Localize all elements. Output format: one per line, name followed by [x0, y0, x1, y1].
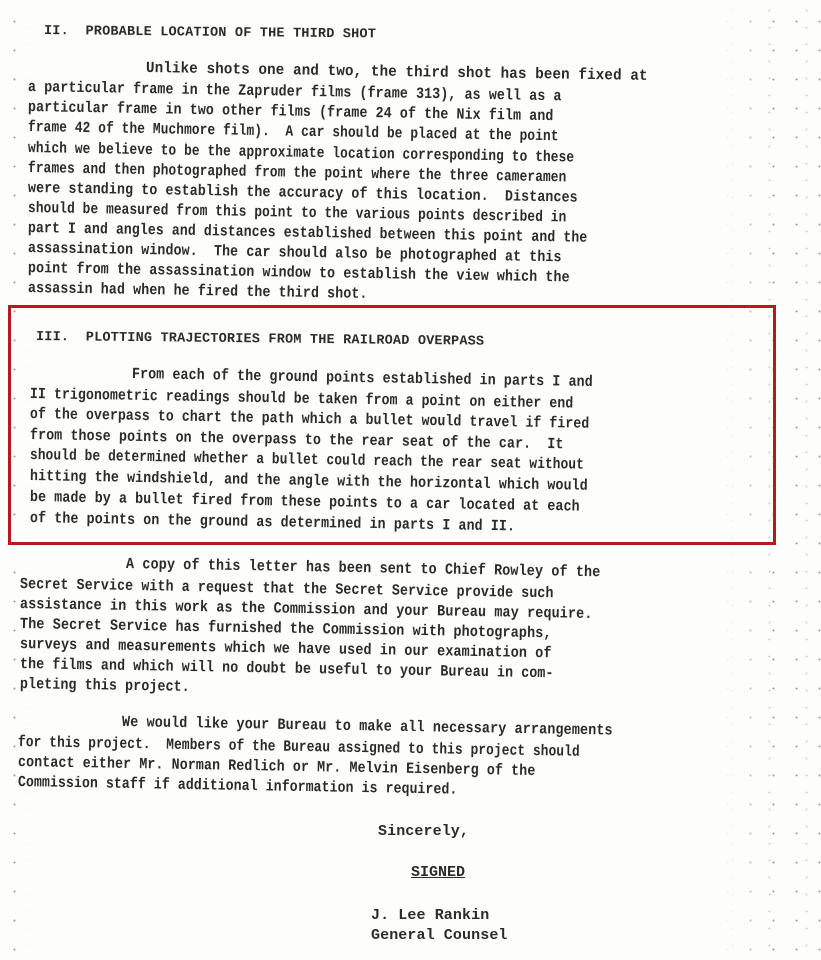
signed-stamp: SIGNED [411, 864, 465, 881]
copy-paragraph-line: pleting this project. [20, 674, 190, 697]
section-ii-heading: II. PROBABLE LOCATION OF THE THIRD SHOT [44, 22, 376, 45]
signer-title: General Counsel [371, 926, 508, 946]
letter-page: II. PROBABLE LOCATION OF THE THIRD SHOT … [0, 0, 821, 960]
closing-salutation: Sincerely, [378, 822, 469, 842]
signer-name: J. Lee Rankin [371, 906, 489, 926]
